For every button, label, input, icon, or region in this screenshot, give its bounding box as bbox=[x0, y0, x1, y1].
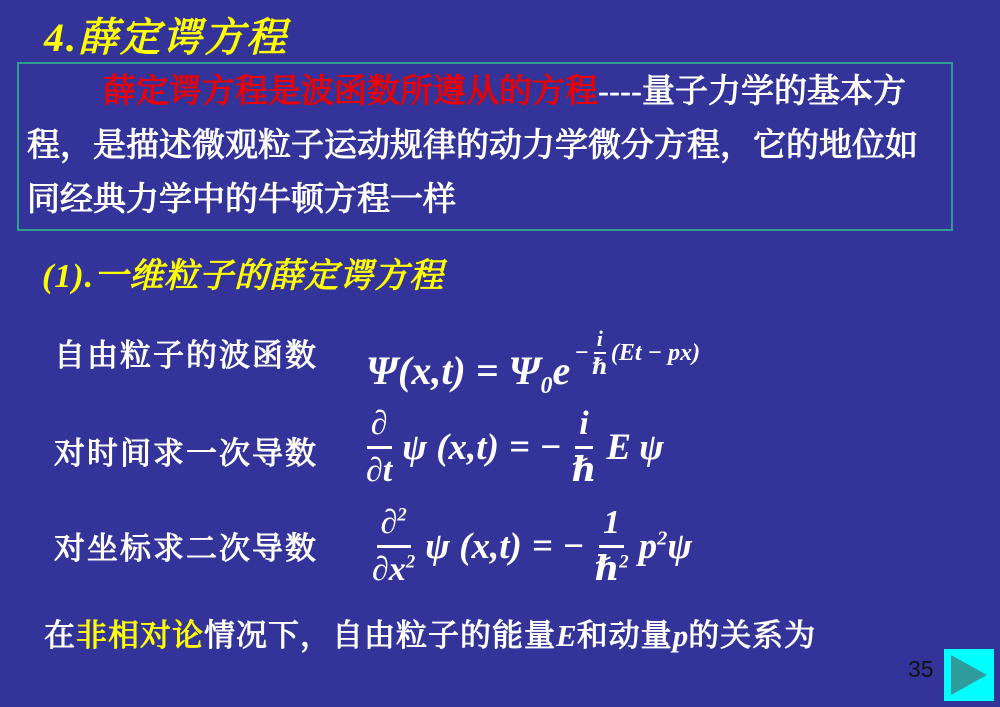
f2-tail: Eψ bbox=[606, 426, 663, 469]
f1-equals: = bbox=[476, 348, 499, 393]
nav-forward-button[interactable] bbox=[944, 649, 994, 701]
f1-exp-minus: − bbox=[574, 341, 589, 365]
slide-canvas: 4.薛定谔方程 薛定谔方程是波函数所遵从的方程----量子力学的基本方 程，是描… bbox=[0, 0, 1000, 707]
f3-hbar2-fraction: 1 ℏ2 bbox=[595, 503, 629, 589]
formula-second-coordinate-derivative: ∂2 ∂x2 ψ (x,t) = − 1 ℏ2 p2ψ bbox=[372, 496, 692, 596]
intro-line-1: 薛定谔方程是波函数所遵从的方程----量子力学的基本方 bbox=[27, 65, 943, 119]
momentum-symbol: p bbox=[673, 618, 689, 653]
section-subtitle: (1).一维粒子的薛定谔方程 bbox=[42, 248, 444, 297]
f2-mid: ψ (x,t) bbox=[402, 426, 499, 469]
row-label-wave-function: 自由粒子的波函数 bbox=[54, 330, 318, 375]
f1-sub0: 0 bbox=[541, 373, 553, 399]
formula-free-particle-wave: Ψ(x,t) = Ψ0e−iℏ(Et − px) bbox=[366, 326, 700, 400]
row-label-coordinate-derivative: 对坐标求二次导数 bbox=[54, 523, 318, 568]
f1-exp-tail: (Et − px) bbox=[611, 341, 700, 365]
f1-exp-fraction: iℏ bbox=[592, 326, 608, 380]
energy-symbol: E bbox=[556, 618, 577, 653]
f3-mid: ψ (x,t) bbox=[425, 525, 522, 568]
page-number: 35 bbox=[908, 656, 934, 683]
f3-equals-minus: = − bbox=[532, 525, 585, 568]
f1-psi0: Ψ bbox=[509, 348, 541, 393]
intro-line-3: 同经典力学中的牛顿方程一样 bbox=[27, 173, 943, 227]
f2-equals-minus: = − bbox=[509, 426, 562, 469]
footer-statement: 在非相对论情况下，自由粒子的能量E和动量p的关系为 bbox=[44, 610, 816, 655]
intro-box: 薛定谔方程是波函数所遵从的方程----量子力学的基本方 程，是描述微观粒子运动规… bbox=[17, 62, 953, 231]
f3-partial-fraction: ∂2 ∂x2 bbox=[372, 503, 415, 589]
intro-line1-rest: ----量子力学的基本方 bbox=[598, 74, 906, 110]
footer-highlight: 非相对论 bbox=[76, 618, 204, 653]
f1-exponent: −iℏ(Et − px) bbox=[574, 326, 700, 380]
formula-first-time-derivative: ∂ ∂t ψ (x,t) = − i ℏ Eψ bbox=[366, 402, 664, 492]
f3-tail: p2ψ bbox=[639, 525, 692, 568]
f1-lhs: Ψ(x,t) bbox=[366, 348, 466, 393]
slide-title: 4.薛定谔方程 bbox=[44, 6, 288, 63]
intro-line-2: 程，是描述微观粒子运动规律的动力学微分方程，它的地位如 bbox=[27, 119, 943, 173]
intro-highlight-red: 薛定谔方程是波函数所遵从的方程 bbox=[103, 74, 598, 110]
f2-partial-fraction: ∂ ∂t bbox=[366, 404, 392, 490]
row-label-time-derivative: 对时间求一次导数 bbox=[54, 428, 318, 473]
play-triangle-icon bbox=[944, 649, 994, 701]
f1-e: e bbox=[553, 348, 571, 393]
f2-ihbar-fraction: i ℏ bbox=[572, 404, 597, 490]
